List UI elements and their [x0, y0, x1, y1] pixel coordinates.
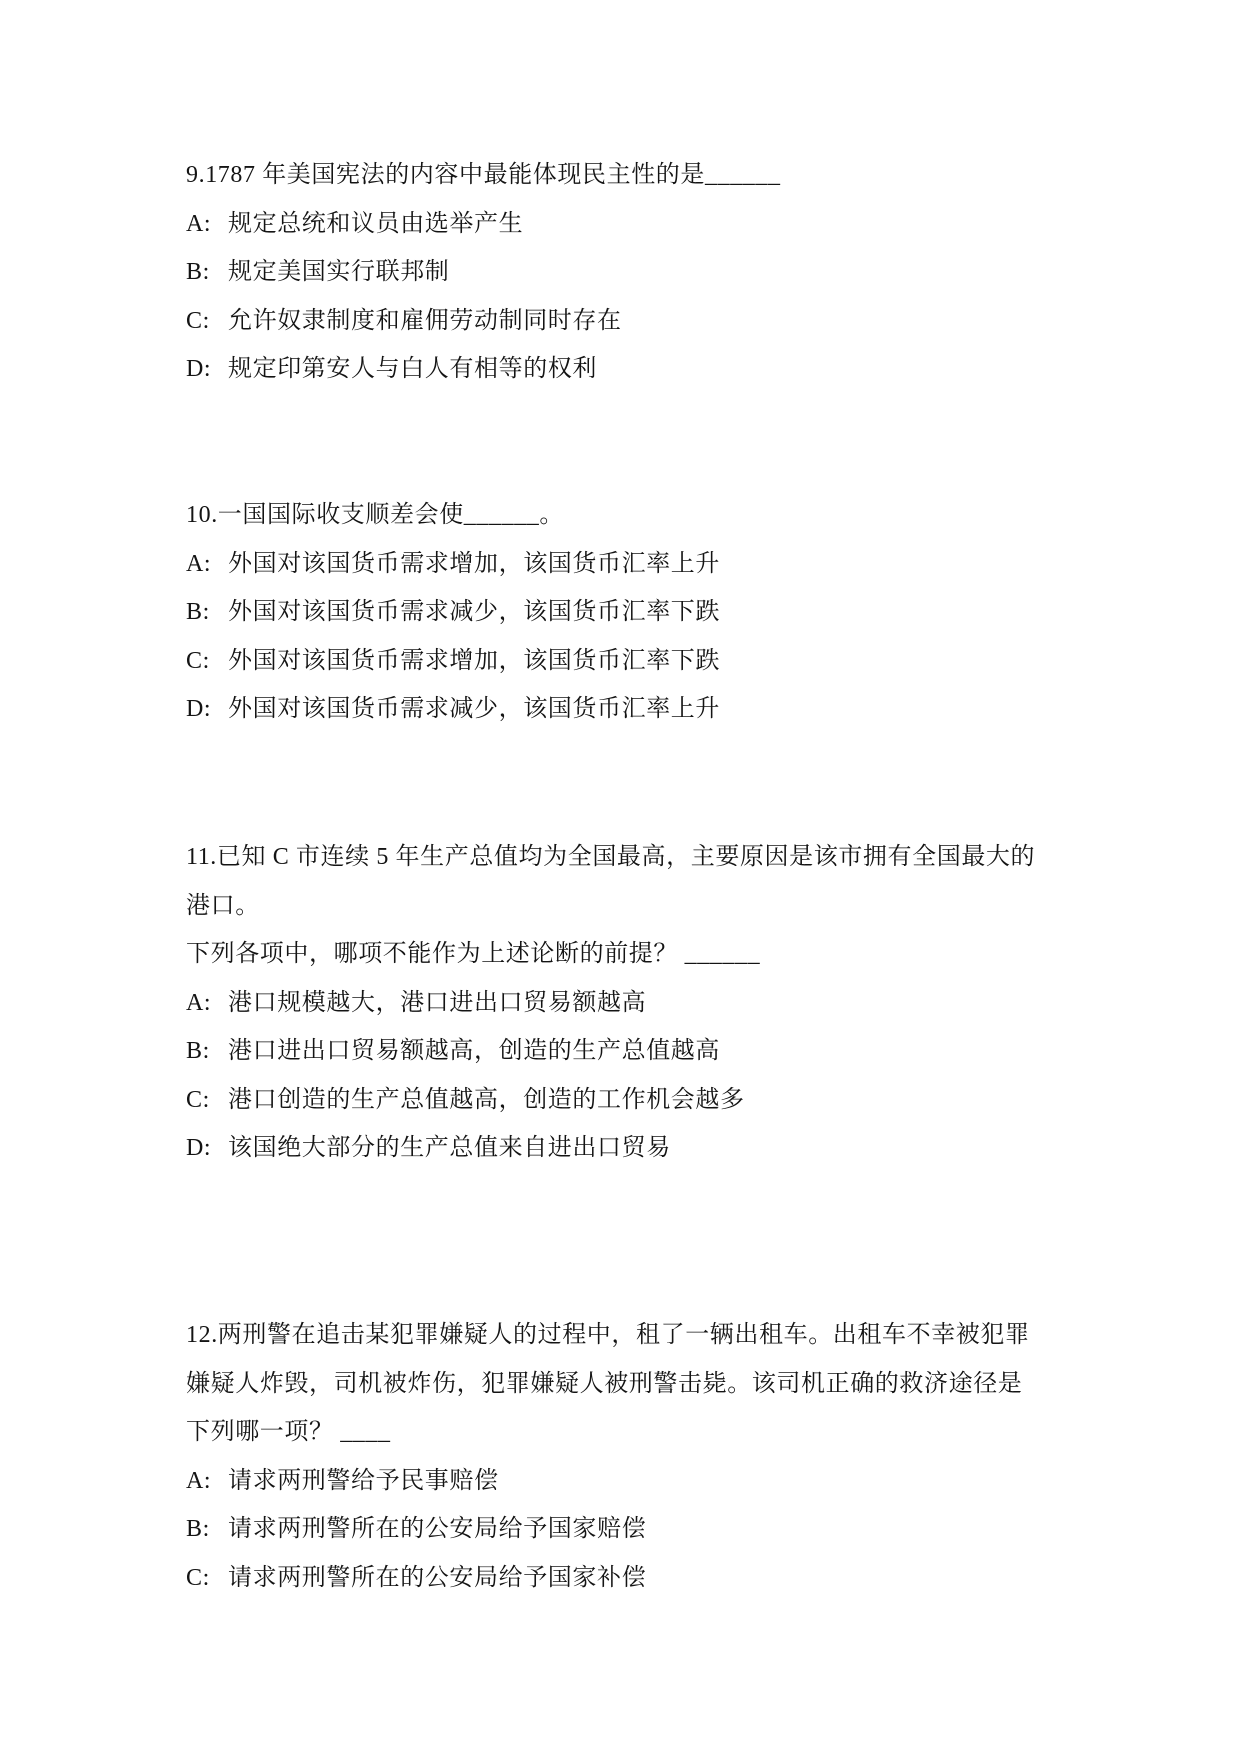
question-12-heading-text: 12.两刑警在追击某犯罪嫌疑人的过程中，租了一辆出租车。出租车不幸被犯罪	[186, 1311, 1030, 1360]
question-11-option-d-letter: D:	[186, 1124, 228, 1173]
question-10-option-b-text: 外国对该国货币需求减少，该国货币汇率下跌	[228, 588, 720, 637]
question-11-option-c-letter: C:	[186, 1076, 228, 1125]
question-12-option-a-text: 请求两刑警给予民事赔偿	[228, 1457, 499, 1506]
question-11-option-a-text: 港口规模越大，港口进出口贸易额越高	[228, 979, 646, 1028]
question-10-option-b: B:外国对该国货币需求减少，该国货币汇率下跌	[186, 588, 1126, 637]
document-page-background: 9.1787 年美国宪法的内容中最能体现民主性的是______ A:规定总统和议…	[0, 0, 1240, 1753]
question-11-option-b-letter: B:	[186, 1027, 228, 1076]
question-10-option-a-text: 外国对该国货币需求增加，该国货币汇率上升	[228, 540, 720, 589]
question-11-option-c: C:港口创造的生产总值越高，创造的工作机会越多	[186, 1076, 1126, 1125]
question-12-heading-continued: 嫌疑人炸毁，司机被炸伤，犯罪嫌疑人被刑警击毙。该司机正确的救济途径是	[186, 1360, 1126, 1409]
question-10-option-d-text: 外国对该国货币需求减少，该国货币汇率上升	[228, 685, 720, 734]
question-11-option-d-text: 该国绝大部分的生产总值来自进出口贸易	[228, 1124, 671, 1173]
question-11-heading-continued: 港口。	[186, 882, 1126, 931]
question-10-option-d-letter: D:	[186, 685, 228, 734]
question-12-option-b: B:请求两刑警所在的公安局给予国家赔偿	[186, 1505, 1126, 1554]
question-9-option-c-letter: C:	[186, 297, 228, 346]
exam-document-page: { "page": { "background_color": "#ffffff…	[0, 0, 1240, 1753]
question-11-heading-continued-text: 港口。	[186, 882, 260, 931]
question-9-heading: 9.1787 年美国宪法的内容中最能体现民主性的是______	[186, 151, 1126, 200]
question-12-option-b-text: 请求两刑警所在的公安局给予国家赔偿	[228, 1505, 646, 1554]
question-10-option-a: A:外国对该国货币需求增加，该国货币汇率上升	[186, 540, 1126, 589]
question-12-option-b-letter: B:	[186, 1505, 228, 1554]
question-9-option-b-text: 规定美国实行联邦制	[228, 248, 449, 297]
question-11-prompt: 下列各项中，哪项不能作为上述论断的前提？ ______	[186, 930, 1126, 979]
question-11-option-d: D:该国绝大部分的生产总值来自进出口贸易	[186, 1124, 1126, 1173]
question-12-option-c: C:请求两刑警所在的公安局给予国家补偿	[186, 1554, 1126, 1603]
question-9-option-d: D:规定印第安人与白人有相等的权利	[186, 345, 1126, 394]
question-11-option-b: B:港口进出口贸易额越高，创造的生产总值越高	[186, 1027, 1126, 1076]
question-9-option-c: C:允许奴隶制度和雇佣劳动制同时存在	[186, 297, 1126, 346]
question-9-option-d-text: 规定印第安人与白人有相等的权利	[228, 345, 597, 394]
question-11-prompt-text: 下列各项中，哪项不能作为上述论断的前提？ ______	[186, 930, 760, 979]
question-10-option-c-text: 外国对该国货币需求增加，该国货币汇率下跌	[228, 637, 720, 686]
question-12-heading-continued-text: 嫌疑人炸毁，司机被炸伤，犯罪嫌疑人被刑警击毙。该司机正确的救济途径是	[186, 1360, 1022, 1409]
question-12-prompt-text: 下列哪一项？ ____	[186, 1408, 391, 1457]
question-12-option-c-letter: C:	[186, 1554, 228, 1603]
question-10-option-c: C:外国对该国货币需求增加，该国货币汇率下跌	[186, 637, 1126, 686]
question-12-option-a-letter: A:	[186, 1457, 228, 1506]
question-10-block: 10.一国国际收支顺差会使______。 A:外国对该国货币需求增加，该国货币汇…	[186, 491, 1126, 734]
question-9-option-b-letter: B:	[186, 248, 228, 297]
question-12-heading: 12.两刑警在追击某犯罪嫌疑人的过程中，租了一辆出租车。出租车不幸被犯罪	[186, 1311, 1126, 1360]
question-12-block: 12.两刑警在追击某犯罪嫌疑人的过程中，租了一辆出租车。出租车不幸被犯罪 嫌疑人…	[186, 1311, 1126, 1602]
question-10-option-d: D:外国对该国货币需求减少，该国货币汇率上升	[186, 685, 1126, 734]
question-9-option-b: B:规定美国实行联邦制	[186, 248, 1126, 297]
question-9-option-c-text: 允许奴隶制度和雇佣劳动制同时存在	[228, 297, 622, 346]
question-9-option-d-letter: D:	[186, 345, 228, 394]
question-11-block: 11.已知 C 市连续 5 年生产总值均为全国最高，主要原因是该市拥有全国最大的…	[186, 833, 1126, 1173]
question-10-heading: 10.一国国际收支顺差会使______。	[186, 491, 1126, 540]
question-10-option-c-letter: C:	[186, 637, 228, 686]
question-12-option-c-text: 请求两刑警所在的公安局给予国家补偿	[228, 1554, 646, 1603]
question-9-block: 9.1787 年美国宪法的内容中最能体现民主性的是______ A:规定总统和议…	[186, 151, 1126, 394]
question-12-option-a: A:请求两刑警给予民事赔偿	[186, 1457, 1126, 1506]
question-9-option-a-text: 规定总统和议员由选举产生	[228, 200, 523, 249]
question-9-option-a: A:规定总统和议员由选举产生	[186, 200, 1126, 249]
question-10-option-b-letter: B:	[186, 588, 228, 637]
question-11-option-c-text: 港口创造的生产总值越高，创造的工作机会越多	[228, 1076, 745, 1125]
question-11-option-a: A:港口规模越大，港口进出口贸易额越高	[186, 979, 1126, 1028]
question-9-option-a-letter: A:	[186, 200, 228, 249]
question-10-option-a-letter: A:	[186, 540, 228, 589]
question-11-heading-text: 11.已知 C 市连续 5 年生产总值均为全国最高，主要原因是该市拥有全国最大的	[186, 833, 1035, 882]
question-11-option-b-text: 港口进出口贸易额越高，创造的生产总值越高	[228, 1027, 720, 1076]
question-12-prompt: 下列哪一项？ ____	[186, 1408, 1126, 1457]
question-10-heading-text: 10.一国国际收支顺差会使______。	[186, 491, 564, 540]
question-11-option-a-letter: A:	[186, 979, 228, 1028]
question-9-heading-text: 9.1787 年美国宪法的内容中最能体现民主性的是______	[186, 151, 781, 200]
question-11-heading: 11.已知 C 市连续 5 年生产总值均为全国最高，主要原因是该市拥有全国最大的	[186, 833, 1126, 882]
